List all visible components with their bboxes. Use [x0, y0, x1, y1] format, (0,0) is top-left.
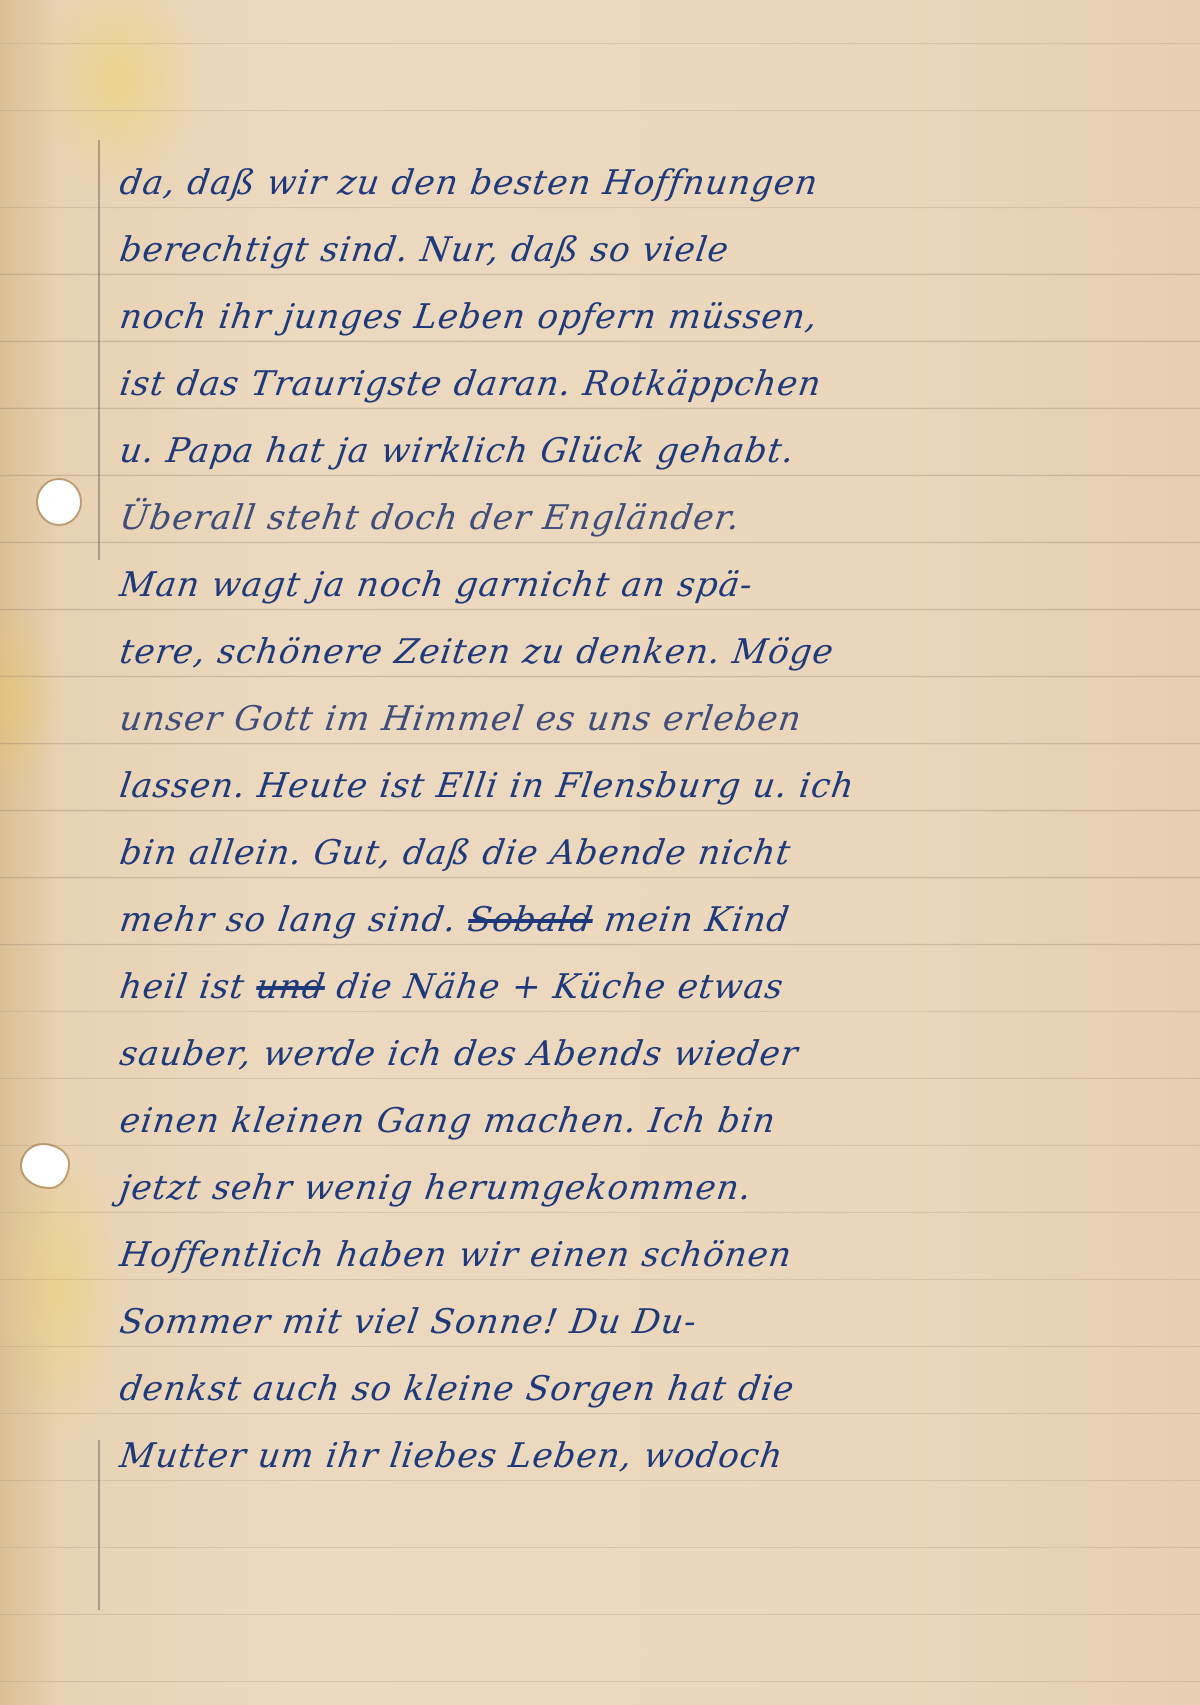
punch-hole-upper — [38, 480, 80, 524]
text-line: einen kleinen Gang machen. Ich bin — [115, 1088, 1184, 1155]
line-text: heil ist — [117, 967, 259, 1007]
text-line: Mutter um ihr liebes Leben, wodoch — [115, 1423, 1184, 1490]
letter-body: da, daß wir zu den besten Hoffnungen ber… — [120, 150, 1180, 1490]
text-line: unser Gott im Himmel es uns erleben — [115, 686, 1184, 753]
text-line: da, daß wir zu den besten Hoffnungen — [115, 150, 1184, 217]
text-line: bin allein. Gut, daß die Abende nicht — [115, 820, 1184, 887]
punch-hole-lower — [22, 1145, 68, 1187]
struck-word: Sobald — [466, 900, 596, 940]
text-line: jetzt sehr wenig herumgekommen. — [115, 1155, 1184, 1222]
text-line: ist das Traurigste daran. Rotkäppchen — [115, 351, 1184, 418]
margin-line-top — [98, 140, 100, 560]
struck-word: und — [254, 967, 328, 1007]
text-line: denkst auch so kleine Sorgen hat die — [115, 1356, 1184, 1423]
text-line: Sommer mit viel Sonne! Du Du- — [115, 1289, 1184, 1356]
line-text: mehr so lang sind. — [117, 900, 471, 940]
text-line: berechtigt sind. Nur, daß so viele — [115, 217, 1184, 284]
text-line: lassen. Heute ist Elli in Flensburg u. i… — [115, 753, 1184, 820]
paper-page: da, daß wir zu den besten Hoffnungen ber… — [0, 0, 1200, 1705]
line-text-after: die Nähe + Küche etwas — [322, 967, 786, 1007]
margin-line-bottom — [98, 1440, 100, 1610]
line-text-after: mein Kind — [590, 900, 792, 940]
text-line: Man wagt ja noch garnicht an spä- — [115, 552, 1184, 619]
text-line: u. Papa hat ja wirklich Glück gehabt. — [115, 418, 1184, 485]
text-line-with-strikeout: mehr so lang sind. Sobald mein Kind — [115, 887, 1184, 954]
text-line: sauber, werde ich des Abends wieder — [115, 1021, 1184, 1088]
text-line-with-strikeout: heil ist und die Nähe + Küche etwas — [115, 954, 1184, 1021]
text-line: noch ihr junges Leben opfern müssen, — [115, 284, 1184, 351]
text-line: tere, schönere Zeiten zu denken. Möge — [115, 619, 1184, 686]
text-line: Überall steht doch der Engländer. — [115, 485, 1184, 552]
text-line: Hoffentlich haben wir einen schönen — [115, 1222, 1184, 1289]
